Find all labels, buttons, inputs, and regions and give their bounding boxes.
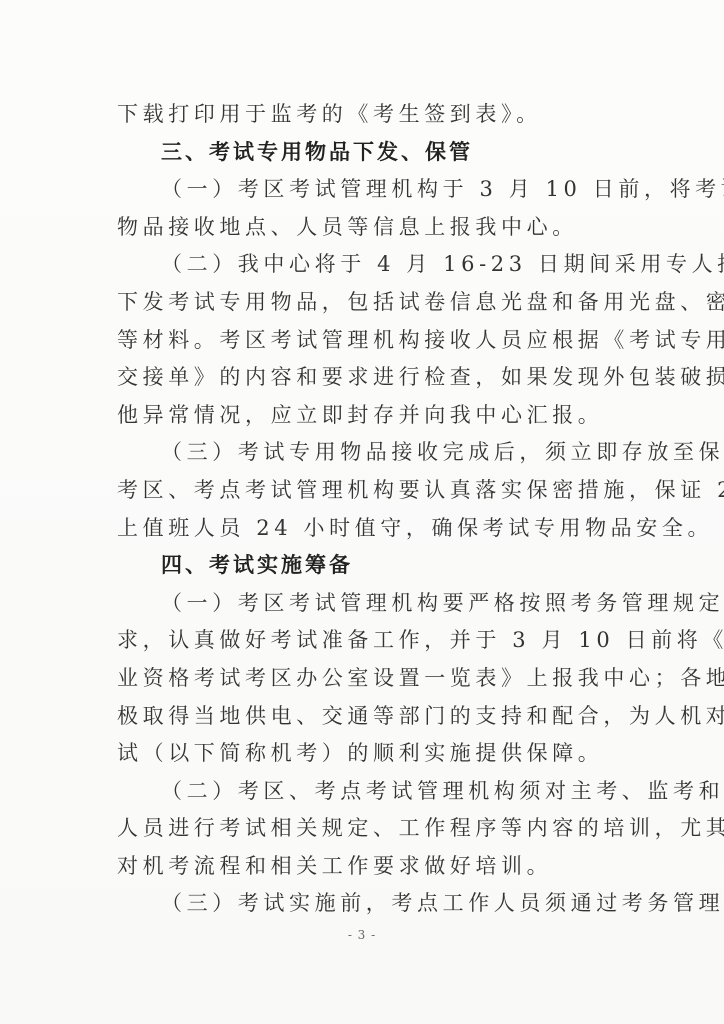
body-line: 求，认真做好考试准备工作，并于 3 月 10 日前将《护士执 (117, 622, 613, 660)
page-number: - 3 - (0, 928, 724, 942)
body-line: 业资格考试考区办公室设置一览表》上报我中心；各地要积 (117, 660, 613, 698)
body-line: 等材料。考区考试管理机构接收人员应根据《考试专用物品 (117, 322, 613, 360)
section-heading: 三、考试专用物品下发、保管 (117, 134, 613, 172)
paragraph-start-line: （一）考区考试管理机构要严格按照考务管理规定要 (117, 585, 613, 623)
body-line: 对机考流程和相关工作要求做好培训。 (117, 848, 613, 886)
body-line: 下载打印用于监考的《考生签到表》。 (117, 96, 613, 134)
paragraph-start-line: （二）考区、考点考试管理机构须对主考、监考和巡考 (117, 773, 613, 811)
document-body: 下载打印用于监考的《考生签到表》。 三、考试专用物品下发、保管 （一）考区考试管… (117, 96, 613, 923)
paragraph-start-line: （一）考区考试管理机构于 3 月 10 日前，将考试专用 (117, 171, 613, 209)
body-line: 交接单》的内容和要求进行检查，如果发现外包装破损或其 (117, 359, 613, 397)
document-page: 下载打印用于监考的《考生签到表》。 三、考试专用物品下发、保管 （一）考区考试管… (0, 0, 724, 1024)
body-line: 下发考试专用物品，包括试卷信息光盘和备用光盘、密码封 (117, 284, 613, 322)
body-line: 试（以下简称机考）的顺利实施提供保障。 (117, 735, 613, 773)
body-line: 上值班人员 24 小时值守，确保考试专用物品安全。 (117, 510, 613, 548)
paragraph-start-line: （三）考试实施前，考点工作人员须通过考务管理系统 (117, 885, 613, 923)
body-line: 他异常情况，应立即封存并向我中心汇报。 (117, 397, 613, 435)
section-heading: 四、考试实施筹备 (117, 547, 613, 585)
paragraph-start-line: （三）考试专用物品接收完成后，须立即存放至保密室。 (117, 434, 613, 472)
body-line: 物品接收地点、人员等信息上报我中心。 (117, 209, 613, 247)
body-line: 人员进行考试相关规定、工作程序等内容的培训，尤其要针 (117, 810, 613, 848)
body-line: 考区、考点考试管理机构要认真落实保密措施，保证 2 名以 (117, 472, 613, 510)
body-line: 极取得当地供电、交通等部门的支持和配合，为人机对话考 (117, 698, 613, 736)
paragraph-start-line: （二）我中心将于 4 月 16-23 日期间采用专人押运方式 (117, 246, 613, 284)
